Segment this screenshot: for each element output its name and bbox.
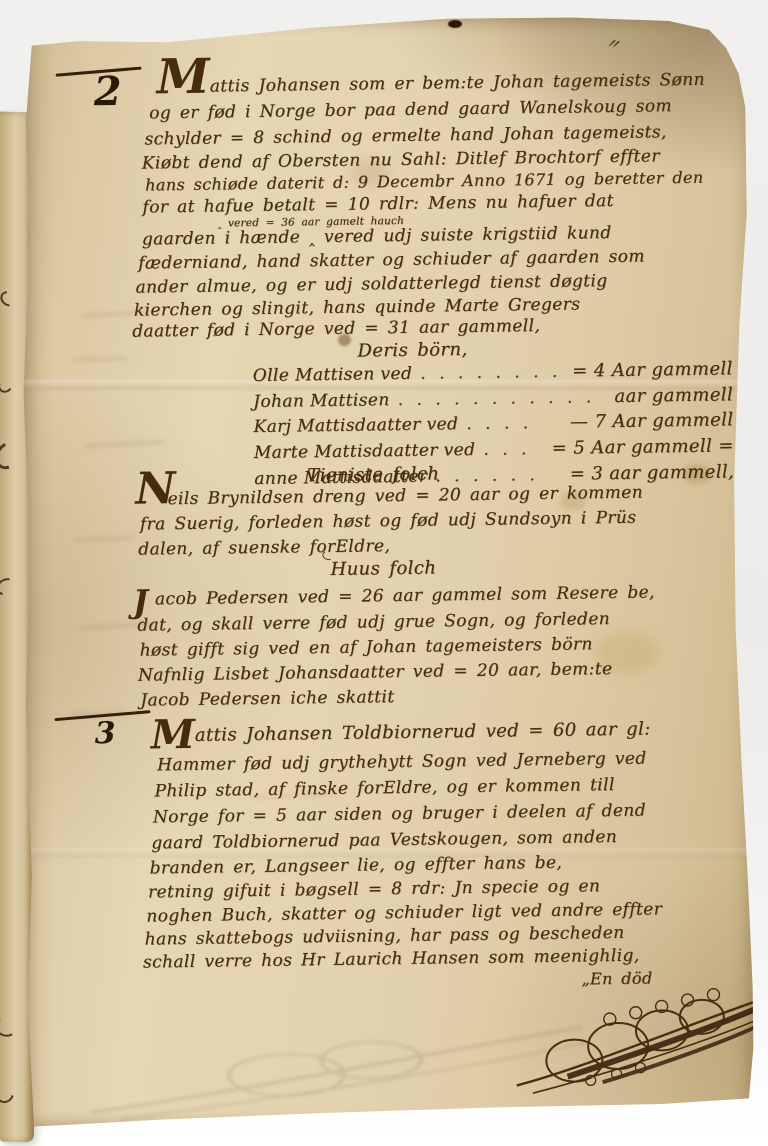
entry3-line: attis Johansen Toldbiornerud ved = 60 aa…: [195, 719, 651, 746]
bleedthrough-ink-mark: [0, 288, 19, 309]
bleedthrough-ink-mark: [0, 1083, 17, 1106]
child-row: Marte Mattisdaatter ved. . .= 5 Aar gamm…: [254, 435, 734, 463]
entry3-line: schall verre hos Hr Laurich Hansen som m…: [143, 946, 640, 973]
child-age: = 3 aar gammell,: [570, 461, 735, 484]
dot-leader: . . .: [483, 439, 544, 460]
bleedthrough-ink-mark: [0, 378, 14, 395]
house-line: Nafnlig Lisbet Johansdaatter ved = 20 aa…: [138, 659, 613, 686]
entry3-line: branden er, Langseer lie, og effter hans…: [150, 853, 563, 879]
entry3-line: Norge for = 5 aar siden og bruger i deel…: [153, 801, 646, 828]
child-row: Olle Mattisen ved. . . . . . . . .= 4 Aa…: [253, 358, 733, 386]
entry2-initial: M: [156, 53, 210, 102]
child-name: Olle Mattisen ved: [253, 364, 413, 386]
house-line: høst gifft sig ved en af Johan tagemeist…: [139, 634, 592, 660]
entry3-line: Philip stad, af finske forEldre, og er k…: [154, 775, 614, 801]
manuscript-photo: 3 〃 2 M attis Johansen som er bem:te Joh…: [0, 0, 768, 1146]
handwritten-text-layer: 〃 2 M attis Johansen som er bem:te Johan…: [13, 7, 766, 1137]
entry2-line: daatter fød i Norge ved = 31 aar gammell…: [132, 316, 540, 342]
bleedthrough-flourish: [82, 1014, 603, 1121]
house-line: acob Pedersen ved = 26 aar gammel som Re…: [155, 582, 655, 609]
house-line: dat, og skall verre fød udj grue Sogn, o…: [137, 609, 610, 636]
house-initial: J: [133, 586, 149, 618]
dot-leader: . . . . . . . . . . .: [397, 387, 606, 410]
child-row: Karj Mattisdaatter ved. . . .— 7 Aar gam…: [253, 409, 733, 437]
child-age: — 7 Aar gammell: [570, 409, 734, 432]
entry3-line: Hammer fød udj grythehytt Sogn ved Jerne…: [157, 749, 647, 776]
entry2-line: gaarden i hænde ‸ vered udj suiste krigs…: [142, 223, 612, 250]
entry2-line: attis Johansen som er bem:te Johan tagem…: [210, 70, 705, 97]
dot-leader: . . . . . . . . .: [420, 362, 564, 384]
entry3-line: gaard Toldbiornerud paa Vestskougen, som…: [151, 827, 617, 854]
house-heading: Huus folch: [330, 557, 436, 579]
child-name: Marte Mattisdaatter ved: [254, 440, 476, 463]
child-age: = 5 Aar gammell =: [551, 435, 733, 459]
entry3-initial: M: [151, 715, 196, 756]
entry2-line: schylder = 8 schind og ermelte hand Joha…: [144, 122, 667, 149]
servants-line: eils Brynildsen dreng ved = 20 aar og er…: [167, 483, 643, 510]
ditto-stroke-mark: 〃: [603, 31, 623, 55]
bleedthrough-ink-mark: [0, 1015, 19, 1039]
dot-leader: . . . .: [466, 413, 562, 434]
servants-line: fra Suerig, forleden høst og fød udj Sun…: [140, 508, 637, 535]
bleedthrough-ink-mark: [0, 438, 23, 473]
entry2-line: fæderniand, hand skatter og schiuder af …: [138, 247, 645, 274]
margin-number-2: 2: [93, 68, 121, 115]
servants-heading: Tieniste folch: [307, 463, 439, 486]
margin-number-3: 3: [95, 716, 116, 751]
entry2-line: for at hafue betalt = 10 rdlr: Mens nu h…: [142, 191, 614, 218]
manuscript-page: 3 〃 2 M attis Johansen som er bem:te Joh…: [20, 12, 757, 1132]
child-name: Karj Mattisdaatter ved: [253, 414, 458, 437]
entry2-line: ander almue, og er udj soldatterlegd tie…: [135, 271, 607, 298]
child-name: Johan Mattisen: [253, 390, 390, 412]
servants-line: dalen, af suenske forEldre,: [138, 536, 390, 560]
entry3-line: hans skattebogs udviisning, har pass og …: [145, 923, 625, 950]
entry3-line: retning gifuit i bøgsell = 8 rdr: Jn spe…: [148, 876, 601, 902]
bleedthrough-ink-mark: [0, 575, 19, 599]
children-heading: Deris börn,: [357, 339, 467, 362]
entry2-line: og er fød i Norge bor paa dend gaard Wan…: [149, 96, 672, 123]
child-age: aar gammell: [614, 384, 733, 407]
child-age: = 4 Aar gammell: [572, 358, 733, 381]
child-row: Johan Mattisen. . . . . . . . . . .aar g…: [253, 384, 733, 412]
house-line: Jacob Pedersen iche skattit: [140, 687, 394, 711]
